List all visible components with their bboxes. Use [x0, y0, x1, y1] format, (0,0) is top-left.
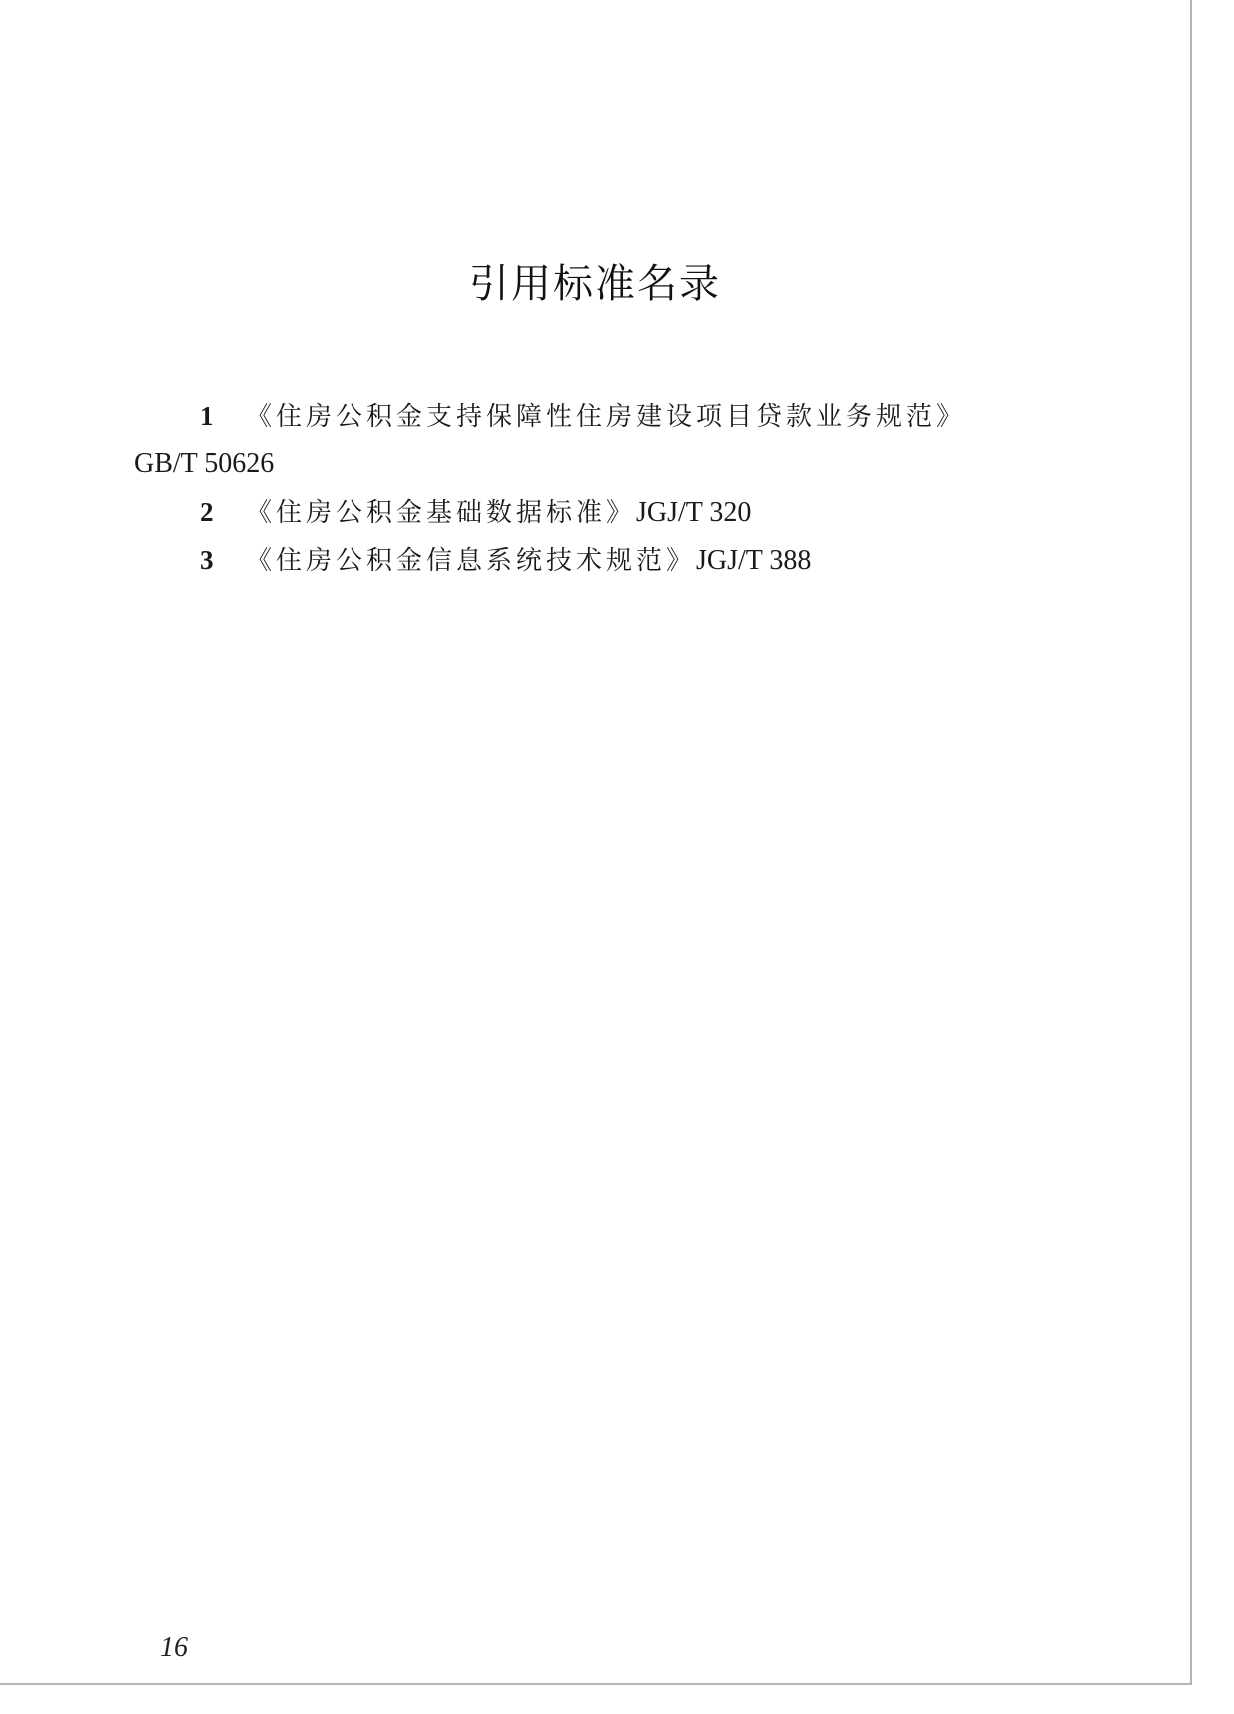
reference-item-1-continuation: GB/T 50626 — [134, 440, 1064, 488]
reference-title: 《住房公积金信息系统技术规范》 — [246, 546, 696, 576]
reference-item-1: 1《住房公积金支持保障性住房建设项目贷款业务规范》 — [134, 392, 1064, 440]
reference-code: JGJ/T 388 — [696, 545, 811, 576]
reference-title: 《住房公积金基础数据标准》 — [246, 498, 636, 528]
reference-list: 1《住房公积金支持保障性住房建设项目贷款业务规范》 GB/T 50626 2《住… — [134, 392, 1064, 584]
page-number: 16 — [160, 1632, 188, 1664]
reference-number: 2 — [200, 488, 246, 536]
reference-number: 3 — [200, 536, 246, 584]
reference-title: 《住房公积金支持保障性住房建设项目贷款业务规范》 — [246, 402, 966, 432]
reference-item-2: 2《住房公积金基础数据标准》JGJ/T 320 — [134, 488, 1064, 536]
reference-code: JGJ/T 320 — [636, 497, 751, 528]
page-title: 引用标准名录 — [0, 258, 1190, 310]
reference-code: GB/T 50626 — [134, 448, 274, 479]
document-page: 引用标准名录 1《住房公积金支持保障性住房建设项目贷款业务规范》 GB/T 50… — [0, 0, 1192, 1685]
reference-number: 1 — [200, 392, 246, 440]
reference-item-3: 3《住房公积金信息系统技术规范》JGJ/T 388 — [134, 536, 1064, 584]
